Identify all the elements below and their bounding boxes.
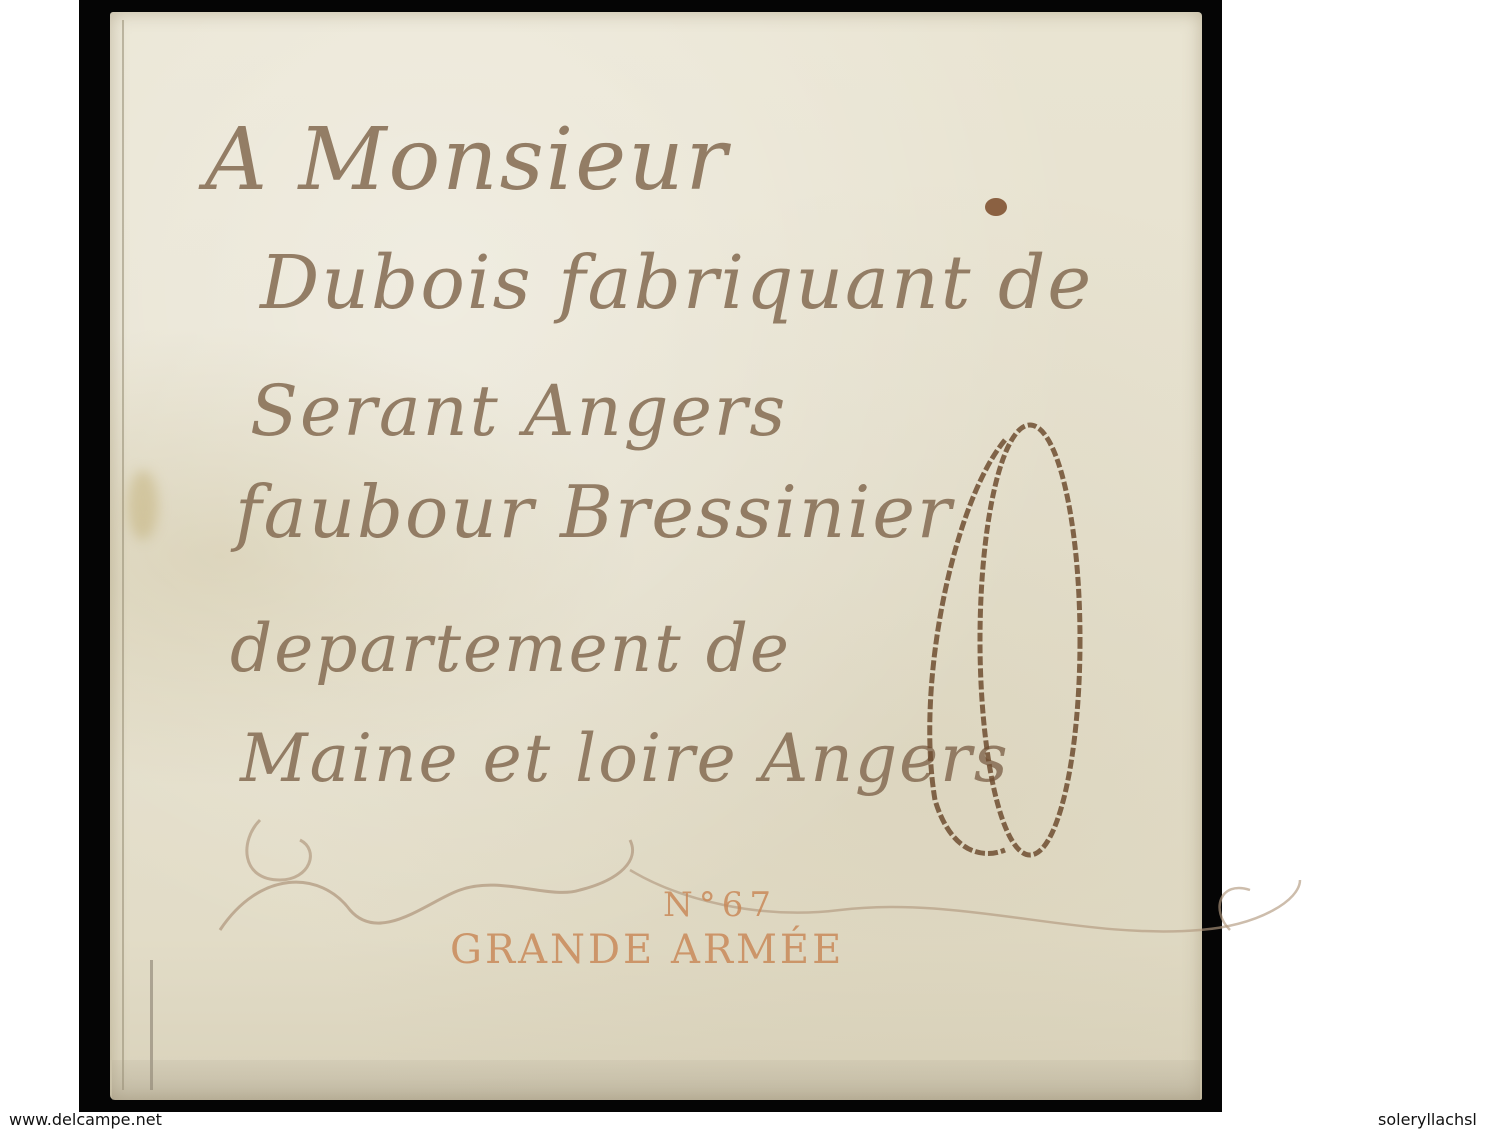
paper-stain xyxy=(128,470,158,540)
rating-value: 6 xyxy=(962,600,963,601)
address-line-2: Dubois fabriquant de xyxy=(260,240,1093,326)
watermark-delcampe: www.delcampe.net xyxy=(9,1110,162,1129)
address-line-1: A Monsieur xyxy=(205,110,729,210)
postmark-number: N°67 xyxy=(550,888,890,922)
paper-bottom-flap xyxy=(112,1060,1200,1100)
paper-fold-line xyxy=(122,20,124,1090)
rating-numeral-6 xyxy=(895,380,1115,870)
watermark-soleryllach: soleryllachsl xyxy=(1378,1110,1477,1129)
address-line-3: Serant Angers xyxy=(250,370,787,452)
ink-blot xyxy=(985,198,1007,216)
postmark-grande-armee: N°67 GRANDE ARMÉE xyxy=(470,888,890,970)
address-line-4: faubour Bressinier xyxy=(235,470,953,554)
address-line-5: departement de xyxy=(230,610,791,687)
postmark-name: GRANDE ARMÉE xyxy=(450,930,890,970)
